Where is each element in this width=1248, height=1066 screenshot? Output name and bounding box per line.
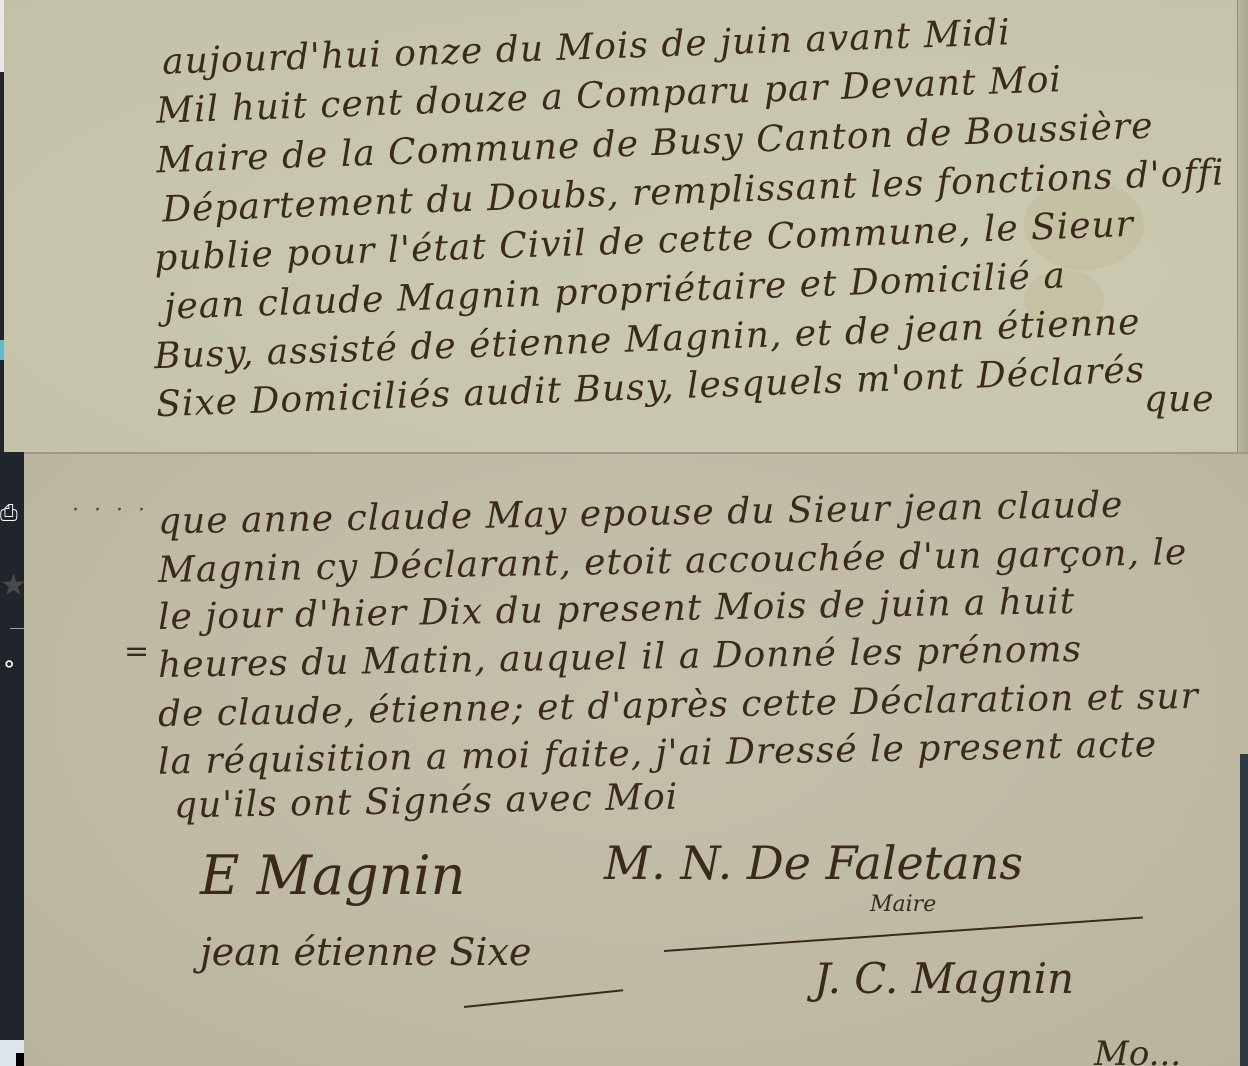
signature-maire: M. N. De Faletans <box>604 836 1023 890</box>
page-edge <box>1237 0 1248 452</box>
document-scan-bottom: · · · · = que anne claude May epouse du … <box>24 452 1248 1066</box>
handwritten-line: la réquisition a moi faite, j'ai Dressé … <box>158 725 1158 782</box>
margin-mark: = <box>124 632 150 672</box>
handwritten-line: heures du Matin, auquel il a Donné les p… <box>158 630 1083 686</box>
signature-title-maire: Maire <box>870 892 936 917</box>
handwritten-line: le jour d'hier Dix du present Mois de ju… <box>158 582 1076 638</box>
signature-partial: Mo... <box>1094 1034 1181 1066</box>
signature-flourish <box>464 989 623 1008</box>
page-edge <box>1240 754 1248 1066</box>
signature-flourish <box>664 917 1143 952</box>
sidebar-divider <box>10 628 24 629</box>
handwritten-line: que anne claude May epouse du Sieur jean… <box>158 486 1124 543</box>
document-scan-top: aujourd'hui onze du Mois de juin avant M… <box>4 0 1248 452</box>
signature-e-magnin: E Magnin <box>200 844 465 907</box>
signature-jc-magnin: J. C. Magnin <box>814 954 1074 1003</box>
signature-jean-etienne-sixe: jean étienne Sixe <box>200 930 532 974</box>
grid-icon[interactable] <box>16 1053 24 1066</box>
printer-icon[interactable]: ⎙ <box>0 500 24 528</box>
margin-dots: · · · · <box>72 498 149 523</box>
share-icon[interactable]: ⚬ <box>0 652 24 680</box>
star-icon[interactable]: ★ <box>0 572 24 600</box>
handwritten-line: qu'ils ont Signés avec Moi <box>174 778 679 827</box>
handwritten-catchword: que <box>1144 380 1215 420</box>
